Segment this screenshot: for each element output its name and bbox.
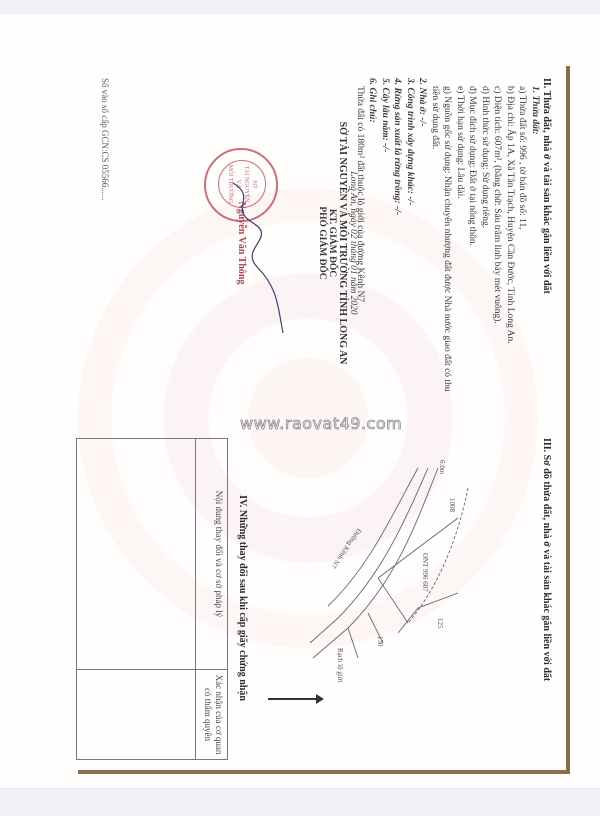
section2-title: II. Thửa đất, nhà ở và tài sản khác gắn … xyxy=(541,78,552,408)
land-line: e) Thời hạn sử dụng: Lâu dài. xyxy=(454,86,467,408)
document-sheet: II. Thửa đất, nhà ở và tài sản khác gắn … xyxy=(0,14,600,788)
section-land-info: II. Thửa đất, nhà ở và tài sản khác gắn … xyxy=(354,78,553,408)
map-label: Rạch lộ giới xyxy=(336,648,344,682)
parcel-map: ONT 996 607 1008 125 130 Đường Kênh N7 R… xyxy=(308,458,478,718)
map-label: Đường Kênh N7 xyxy=(329,527,363,570)
item-line: 3. Công trình xây dựng khác: -/- xyxy=(404,78,417,408)
section3-title: III. Sơ đồ thửa đất, nhà ở và tài sản kh… xyxy=(541,438,552,758)
map-label: 125 xyxy=(436,618,444,629)
land-line: c) Diện tích: 607m², (bằng chữ: Sáu trăm… xyxy=(491,86,504,408)
page-border-right xyxy=(78,770,570,774)
page-border-top xyxy=(566,66,570,774)
land-line: d) Hình thức sử dụng: Sử dụng riêng. xyxy=(479,86,492,408)
land-line: a) Thửa đất số: 996 , tờ bản đồ số: 11, xyxy=(516,86,529,408)
section-changes: IV. Những thay đổi sau khi cấp giấy chứn… xyxy=(237,438,248,758)
site-watermark: www.raovat49.com xyxy=(240,414,402,433)
section4-title: IV. Những thay đổi sau khi cấp giấy chứn… xyxy=(237,438,248,758)
section-map: III. Sơ đồ thửa đất, nhà ở và tài sản kh… xyxy=(541,438,552,758)
item-line: 6. Ghi chú: xyxy=(366,78,379,408)
table-header: Nội dung thay đổi và cơ sở pháp lý xyxy=(195,439,227,670)
map-label: 130 xyxy=(376,636,384,647)
sub1-title: 1. Thửa đất: xyxy=(529,86,542,408)
land-line: đ) Mục đích sử dụng: Đất ở tại nông thôn… xyxy=(466,86,479,408)
viewer-bottom-bar xyxy=(0,788,600,816)
item-line: 4. Rừng sản xuất là rừng trồng: -/- xyxy=(391,78,404,408)
north-arrow-icon xyxy=(268,698,318,700)
sign-role1: KT. GIÁM ĐỐC xyxy=(327,78,337,408)
item-line: 5. Cây lâu năm: -/- xyxy=(379,78,392,408)
map-label: ONT 996 607 xyxy=(421,553,429,592)
land-line: b) Địa chỉ: Ấp 1A, Xã Tân Trạch, Huyện C… xyxy=(504,86,517,408)
viewer-top-bar xyxy=(0,0,600,15)
sign-org: SỞ TÀI NGUYÊN VÀ MÔI TRƯỜNG TỈNH LONG AN xyxy=(337,78,348,408)
map-label: 6.0m xyxy=(438,460,446,475)
signature-scribble-icon xyxy=(218,178,288,338)
sign-date: Long An, ngày 02 tháng 01 năm 2020 xyxy=(348,78,358,408)
register-number: Số vào sổ cấp GCN:CS 05566...... xyxy=(100,78,110,201)
item-line: 2. Nhà ở: -/- xyxy=(416,78,429,408)
land-line: g) Nguồn gốc sử dụng: Nhận chuyển nhượng… xyxy=(429,86,454,408)
map-label: 1008 xyxy=(448,498,456,513)
table-header: Xác nhận của cơ quan có thẩm quyền xyxy=(195,670,227,759)
changes-table: Nội dung thay đổi và cơ sở pháp lý Xác n… xyxy=(76,438,228,760)
sign-role2: PHÓ GIÁM ĐỐC xyxy=(317,78,327,408)
